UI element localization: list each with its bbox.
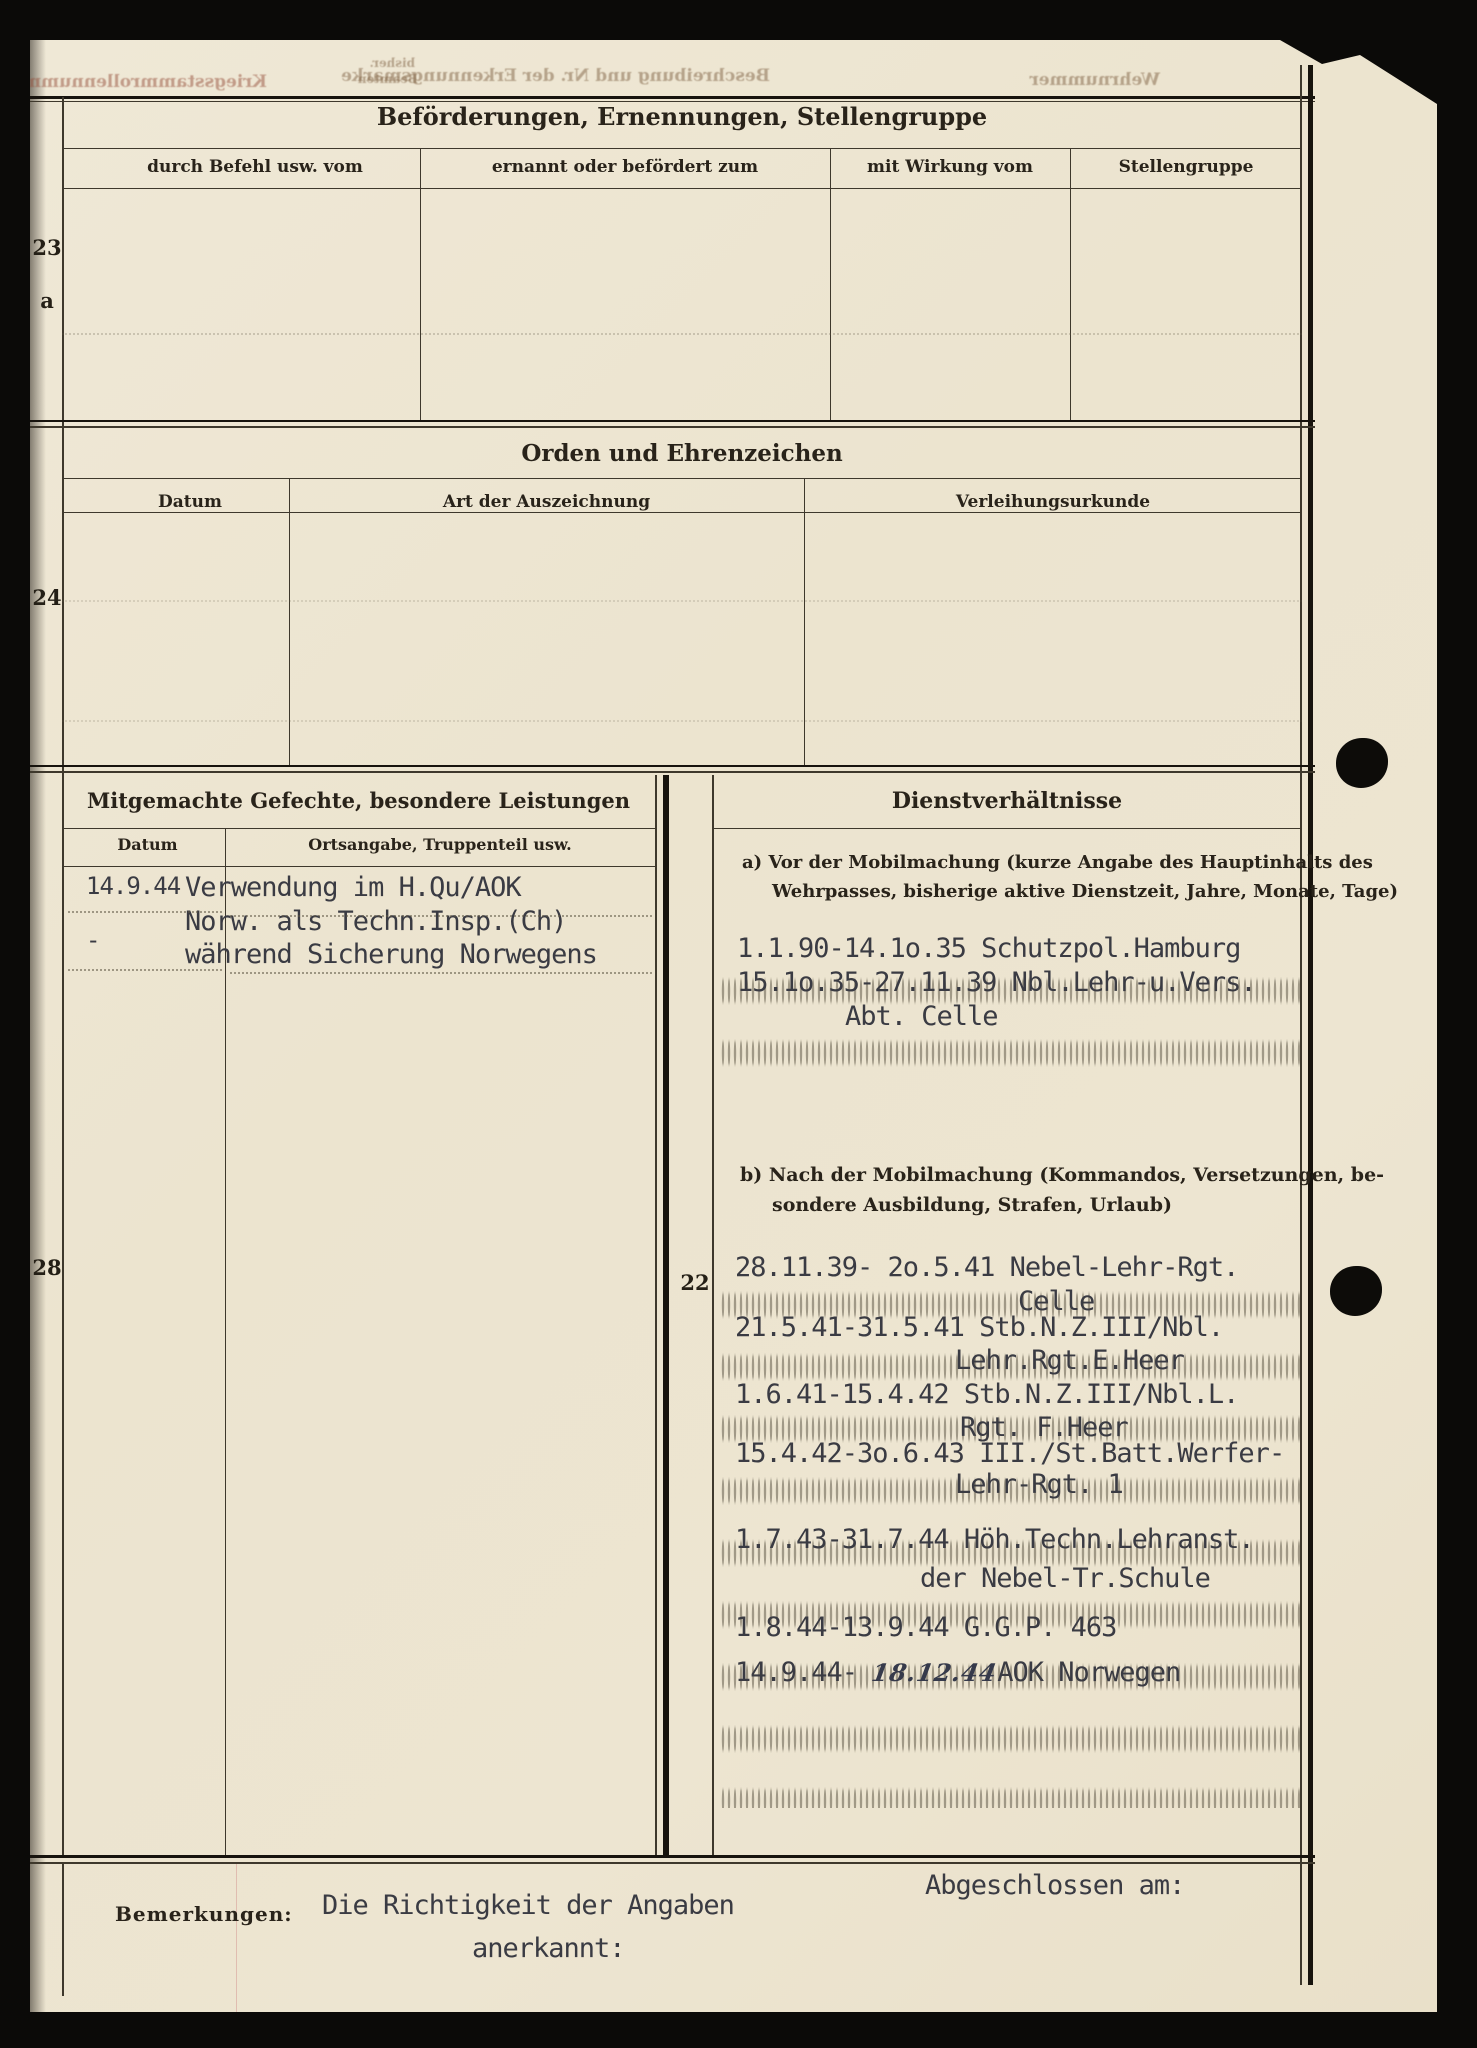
awards-col-art: Art der Auszeichnung <box>289 492 804 512</box>
battle-entry-date-cont: - <box>86 926 99 954</box>
promotions-col-befehl: durch Befehl usw. vom <box>90 157 420 177</box>
margin-number-23: 23 <box>32 235 62 260</box>
promotions-title-rule <box>62 148 1302 149</box>
section3-bottom-rule <box>30 1855 1315 1858</box>
service-title: Dienstverhältnisse <box>712 788 1302 814</box>
document-page: Wehrnummer Beschreibung und Nr. der Erke… <box>30 40 1437 2012</box>
promotions-title: Beförderungen, Ernennungen, Stellengrupp… <box>62 102 1302 131</box>
service-a-entry-2-line2: Abt. Celle <box>845 1001 998 1032</box>
service-b-entry-7-handwritten-date: 18.12.44 <box>870 1658 1000 1687</box>
awards-title: Orden und Ehrenzeichen <box>62 440 1302 467</box>
service-b-entry-1-line1: 28.11.39- 2o.5.41 Nebel-Lehr-Rgt. <box>735 1252 1238 1283</box>
bleedthrough-small-top: bisher. <box>370 56 415 70</box>
service-b-entry-2-line1: 21.5.41-31.5.41 Stb.N.Z.III/Nbl. <box>735 1312 1223 1343</box>
promotions-divider-2 <box>830 148 831 420</box>
section3-bottom-rule-thin <box>30 1862 1315 1864</box>
awards-dotted-row-1 <box>62 600 1302 602</box>
battle-entry-line3: während Sicherung Norwegens <box>185 939 597 970</box>
promotions-dotted-row <box>62 333 1302 335</box>
scanned-document: Wehrnummer Beschreibung und Nr. der Erke… <box>0 0 1477 2048</box>
punch-hole-bottom <box>1330 1266 1382 1316</box>
promotions-col-ernannt: ernannt oder befördert zum <box>420 157 830 177</box>
awards-title-rule <box>62 478 1302 479</box>
service-b-heading2: sondere Ausbildung, Strafen, Urlaub) <box>772 1194 1172 1216</box>
closed-at-label: Abgeschlossen am: <box>925 1870 1184 1901</box>
bleedthrough-strip: Wehrnummer Beschreibung und Nr. der Erke… <box>30 50 1315 102</box>
battles-col-datum: Datum <box>70 835 225 854</box>
service-b-entry-4-line2: Lehr-Rgt. 1 <box>955 1469 1123 1500</box>
remarks-label: Bemerkungen: <box>115 1902 293 1926</box>
bleedthrough-stammrolle: Kriegsstammrollennummer <box>3 72 267 92</box>
battles-dotted-2a <box>68 969 222 971</box>
battle-entry-date: 14.9.44 <box>86 872 180 900</box>
service-a-heading: a) Vor der Mobilmachung (kurze Angabe de… <box>742 852 1373 873</box>
promotions-col-stellengruppe: Stellengruppe <box>1070 157 1302 177</box>
awards-bottom-rule <box>30 765 1315 767</box>
service-title-rule <box>712 828 1302 829</box>
battles-right-double-thin <box>655 775 657 1855</box>
promotions-bottom-rule-thin <box>30 426 1315 428</box>
awards-header-rule <box>62 512 1302 513</box>
awards-dotted-row-2 <box>62 720 1302 722</box>
gutter-number-22: 22 <box>678 1270 712 1295</box>
awards-col-urkunde: Verleihungsurkunde <box>804 492 1302 512</box>
service-b-entry-2-line2: Lehr.Rgt.E.Heer <box>955 1345 1184 1376</box>
service-a-heading2: Wehrpasses, bisherige aktive Dienstzeit,… <box>772 881 1398 902</box>
battles-col-ort: Ortsangabe, Truppenteil usw. <box>225 835 655 854</box>
service-left-rule <box>712 775 714 1855</box>
margin-letter-a: a <box>32 288 62 313</box>
service-b-entry-4-line1: 15.4.42-3o.6.43 III./St.Batt.Werfer- <box>735 1438 1284 1469</box>
promotions-col-wirkung: mit Wirkung vom <box>830 157 1070 177</box>
remarks-line1: Die Richtigkeit der Angaben <box>322 1890 734 1921</box>
battles-header-rule <box>62 866 655 867</box>
top-rule <box>30 96 1315 99</box>
promotions-bottom-rule <box>30 420 1315 422</box>
service-a-entry-2-line1: 15.1o.35-27.11.39 Nbl.Lehr-u.Vers. <box>737 967 1256 998</box>
battles-dotted-1b <box>230 915 652 917</box>
right-frame-rule <box>1308 65 1313 1985</box>
promotions-divider-1 <box>420 148 421 420</box>
battles-divider <box>225 828 226 1855</box>
remarks-line2: anerkannt: <box>472 1933 625 1964</box>
battles-right-double-heavy <box>663 775 669 1855</box>
service-b-entry-7-post: AOK Norwegen <box>997 1657 1180 1688</box>
margin-number-28: 28 <box>32 1255 62 1280</box>
battles-title-rule <box>62 828 655 829</box>
service-b-entry-7-pre: 14.9.44- <box>735 1657 857 1688</box>
promotions-divider-3 <box>1070 148 1071 420</box>
footer-left-rule <box>62 1864 64 1996</box>
battle-entry-line1: Verwendung im H.Qu/AOK <box>185 872 521 903</box>
service-a-entry-1: 1.1.90-14.1o.35 Schutzpol.Hamburg <box>737 933 1240 964</box>
service-b-entry-5-line1: 1.7.43-31.7.44 Höh.Techn.Lehranst. <box>735 1524 1254 1555</box>
battles-title: Mitgemachte Gefechte, besondere Leistung… <box>62 788 655 813</box>
bleedthrough-small-bottom: Beamten <box>358 72 418 86</box>
service-b-heading: b) Nach der Mobilmachung (Kommandos, Ver… <box>740 1164 1384 1186</box>
bleedthrough-wehrnummer: Wehrnummer <box>1030 70 1160 90</box>
battles-dotted-1a <box>68 911 222 913</box>
left-frame-rule <box>62 97 64 1855</box>
service-b-entry-6-line1: 1.8.44-13.9.44 G.G.P. 463 <box>735 1612 1116 1643</box>
service-b-entry-5-line2: der Nebel-Tr.Schule <box>920 1563 1210 1594</box>
spine-shadow <box>30 40 46 2012</box>
footer-red-line <box>236 1864 237 2012</box>
promotions-header-rule <box>62 188 1302 189</box>
margin-number-24: 24 <box>32 585 62 610</box>
punch-hole-top <box>1336 738 1388 788</box>
service-b-entry-7-line1: 14.9.44- 18.12.44AOK Norwegen <box>735 1657 1180 1688</box>
awards-bottom-rule-thin <box>30 771 1315 773</box>
battles-dotted-2b <box>230 972 652 974</box>
service-b-entry-3-line1: 1.6.41-15.4.42 Stb.N.Z.III/Nbl.L. <box>735 1379 1238 1410</box>
awards-col-datum: Datum <box>90 492 290 512</box>
battle-entry-line2: Norw. als Techn.Insp.(Ch) <box>185 906 566 937</box>
